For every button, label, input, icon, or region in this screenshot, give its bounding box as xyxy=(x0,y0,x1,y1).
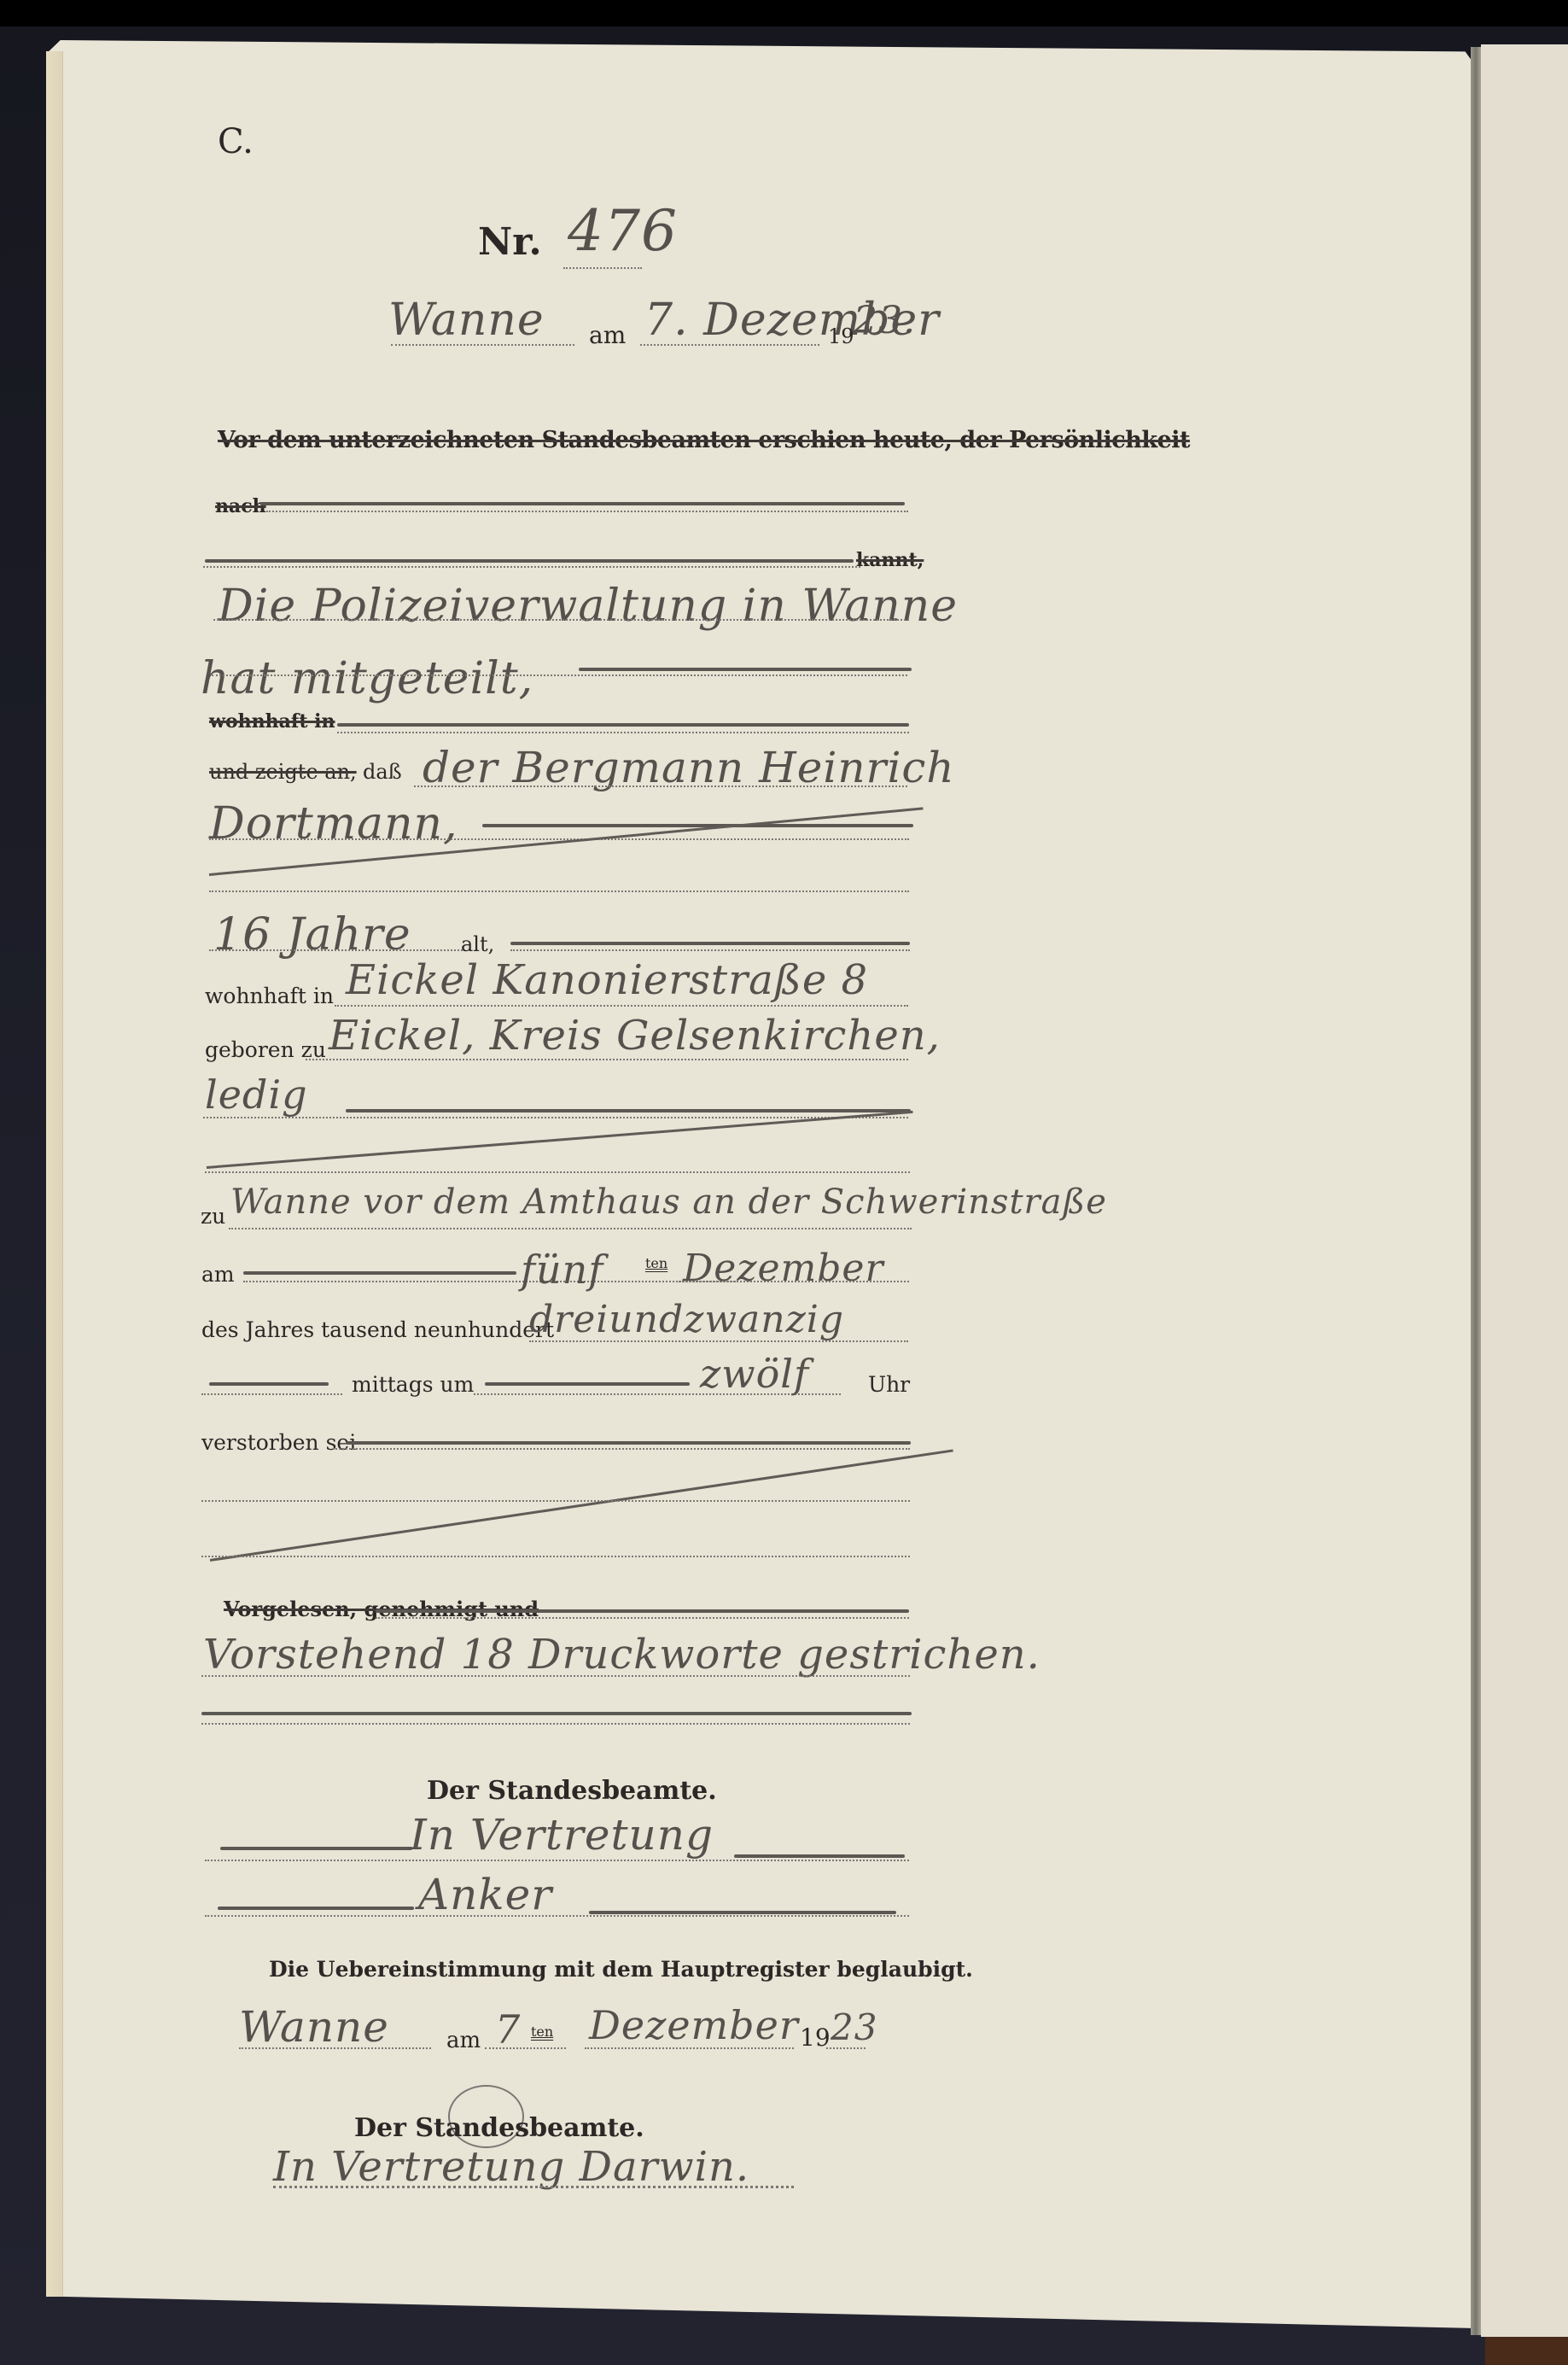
registrar-sign-line1: In Vertretung xyxy=(410,1810,714,1860)
registrar-heading: Der Standesbeamte. xyxy=(427,1776,717,1806)
deceased-line2: Dortmann, xyxy=(209,798,458,850)
header-year-suffix: 23. xyxy=(854,299,916,342)
death-month-value: Dezember xyxy=(683,1247,884,1290)
strike-rule xyxy=(482,824,913,827)
death-day-value: fünf xyxy=(521,1247,603,1293)
ten-suffix: ten xyxy=(645,1255,667,1271)
number-value: 476 xyxy=(568,198,678,264)
birthplace-line xyxy=(306,1059,908,1060)
blank-line xyxy=(201,1556,910,1557)
blank-line xyxy=(201,1723,910,1725)
deceased-line2-rule xyxy=(209,838,909,840)
wohnhaft-label: wohnhaft in xyxy=(205,984,334,1008)
vorgelesen-line xyxy=(376,1617,909,1619)
strike-rule xyxy=(260,502,905,505)
strike-rule xyxy=(201,1712,912,1715)
correction-line xyxy=(201,1675,910,1677)
death-month-line xyxy=(679,1281,909,1282)
nach-struck: nach xyxy=(215,495,266,517)
cert-place-line xyxy=(239,2047,431,2049)
am-label: am xyxy=(201,1262,235,1287)
cert-registrar-heading: Der Standesbeamte. xyxy=(354,2113,644,2143)
signature-rule xyxy=(220,1847,412,1850)
header-date-line xyxy=(640,344,819,346)
cert-am-label: am xyxy=(446,2028,481,2053)
age-line xyxy=(209,949,465,951)
mittags-label: mittags um xyxy=(352,1372,474,1397)
cert-signature-line xyxy=(273,2186,794,2188)
header-place: Wanne xyxy=(388,295,545,346)
residence-line xyxy=(335,1005,908,1007)
number-label: Nr. xyxy=(478,220,542,264)
cert-signature: In Vertretung Darwin. xyxy=(273,2143,749,2191)
number-line xyxy=(563,267,642,269)
ten-suffix: ten xyxy=(531,2023,553,2040)
signature-rule xyxy=(218,1907,414,1910)
cert-year-line xyxy=(826,2047,866,2049)
death-year-value: dreiundzwanzig xyxy=(529,1298,844,1341)
jahres-label: des Jahres tausend neunhundert xyxy=(201,1317,554,1342)
blank-line xyxy=(209,891,909,892)
form-letter: C. xyxy=(218,122,254,161)
cancel-stroke xyxy=(210,1449,953,1562)
deceased-line1-rule xyxy=(414,785,907,787)
death-place-line xyxy=(229,1228,912,1229)
intro-struck-text: Vor dem unterzeichneten Standesbeamten e… xyxy=(218,427,1190,453)
blank-line xyxy=(201,1500,910,1502)
ten-label: ten xyxy=(645,1255,667,1276)
death-place-value: Wanne vor dem Amthaus an der Schwerinstr… xyxy=(230,1182,1107,1222)
cancel-stroke xyxy=(207,1111,913,1169)
registrar-sign-line2: Anker xyxy=(418,1870,552,1919)
registrar-line2 xyxy=(205,1915,909,1917)
strike-rule xyxy=(209,1382,329,1386)
death-day-line xyxy=(243,1281,738,1282)
correction-note: Vorstehend 18 Druckworte gestrichen. xyxy=(203,1631,1040,1679)
strike-rule xyxy=(337,723,909,727)
kannt-struck: kannt, xyxy=(856,549,924,571)
kannt-line xyxy=(203,566,860,568)
header-place-line xyxy=(391,344,574,346)
strike-rule xyxy=(346,1109,911,1112)
strike-rule xyxy=(205,559,854,563)
wohnhaft-struck: wohnhaft in xyxy=(209,710,335,733)
strike-rule xyxy=(579,668,912,671)
cert-year-suffix: 23 xyxy=(831,2006,877,2048)
informant-line2-rule xyxy=(212,674,907,676)
verstorben-label: verstorben sei xyxy=(201,1430,356,1455)
certification-text: Die Uebereinstimmung mit dem Hauptregist… xyxy=(269,1957,973,1982)
wohnhaft-line xyxy=(337,732,909,733)
signature-rule xyxy=(589,1911,896,1914)
alt-line xyxy=(510,949,910,951)
zu-label: zu xyxy=(201,1204,225,1229)
dass-label: daß xyxy=(363,760,402,784)
marital-value: ledig xyxy=(205,1072,308,1118)
time-prefix-line xyxy=(201,1393,342,1395)
birthplace-value: Eickel, Kreis Gelsenkirchen, xyxy=(329,1012,941,1060)
informant-line1-rule xyxy=(213,619,909,621)
informant-line1: Die Polizeiverwaltung in Wanne xyxy=(218,581,958,632)
cert-month: Dezember xyxy=(589,2002,799,2048)
und-zeigte-an-struck: und zeigte an, xyxy=(209,760,357,784)
cert-ten-label: ten xyxy=(531,2023,553,2045)
informant-line2: hat mitgeteilt, xyxy=(201,653,533,704)
registrar-line1 xyxy=(205,1860,909,1861)
cert-day: 7 xyxy=(495,2006,521,2053)
header-year-prefix: 19 xyxy=(828,324,854,348)
strike-rule xyxy=(243,1271,516,1275)
header-am-label: am xyxy=(589,321,626,349)
age-value: 16 Jahre xyxy=(213,909,411,961)
cert-day-line xyxy=(485,2047,566,2049)
death-register-form: C. Nr. 476 Wanne am 7. Dezember 19 23. V… xyxy=(0,0,1568,2365)
death-hour-value: zwölf xyxy=(700,1351,809,1397)
cert-place: Wanne xyxy=(239,2002,389,2052)
cert-month-line xyxy=(585,2047,794,2049)
residence-value: Eickel Kanonierstraße 8 xyxy=(346,956,868,1004)
uhr-label: Uhr xyxy=(868,1372,910,1397)
death-year-line xyxy=(529,1340,908,1342)
marital-line xyxy=(203,1117,908,1118)
strike-rule xyxy=(346,1441,911,1445)
verstorben-line xyxy=(333,1448,910,1450)
signature-rule xyxy=(734,1854,905,1858)
strike-rule xyxy=(485,1382,690,1386)
nach-line xyxy=(266,511,908,512)
strike-rule xyxy=(376,1609,909,1613)
strike-rule xyxy=(510,942,910,945)
blank-line xyxy=(205,1171,910,1173)
alt-label: alt, xyxy=(461,932,494,956)
